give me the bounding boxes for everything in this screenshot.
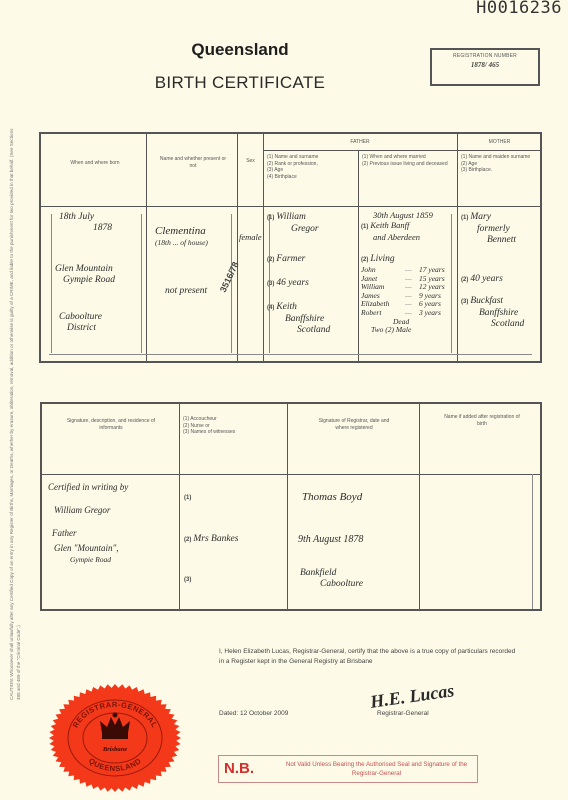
certification-text: I, Helen Elizabeth Lucas, Registrar-Gene… [219,647,519,667]
father-age: (3)46 years [267,278,309,290]
birth-details-table: When and where born Name and whether pre… [39,132,542,363]
father-name: (1)William Gregor [267,212,319,235]
birth-place: Glen MountainGympie Road [55,264,115,286]
father-birthplace: (4)Keith Banffshire Scotland [267,302,330,336]
witness-2: (2)Mrs Bankes [184,534,238,546]
validity-notice: N.B. Not Valid Unless Bearing the Author… [218,755,478,783]
header-witnesses: (1) Accoucheur(2) Nurse or(3) Names of w… [183,416,283,436]
informant-details: Certified in writing by William Gregor F… [48,482,128,565]
registration-date: 9th August 1878 [298,534,363,545]
witness-3: (3) [184,574,193,586]
child-present: not present [165,286,207,297]
previous-issue: (2)Living John—17 yearsJanet—15 yearsWil… [361,254,451,335]
notice-label: N.B. [224,760,254,777]
notice-text: Not Valid Unless Bearing the Authorised … [279,760,474,778]
header-informant: Signature, description, and residence of… [64,418,158,431]
registration-number: 1878/ 465 [432,61,538,69]
header-when-where: When and where born [51,160,139,167]
seal-middle-text: Brisbane [102,746,127,753]
registration-number-label: REGISTRATION NUMBER [432,53,538,59]
header-registrar: Signature of Registrar, date and where r… [314,418,394,431]
marriage-details: 30th August 1859 (1)Keith Banff and Aber… [361,210,433,242]
mother-birthplace: (3)Buckfast Banffshire Scotland [461,296,524,330]
mother-name: (1)Mary formerly Bennett [461,212,516,246]
witness-1: (1) [184,492,193,504]
header-name: Name and whether present or not [159,156,227,169]
father-rank: (2)Farmer [267,254,305,266]
header-mother-details: (1) Name and maiden surname(2) Age(3) Bi… [461,154,541,174]
registration-number-box: REGISTRATION NUMBER 1878/ 465 [430,48,540,86]
child-name: Clementina(18th ... of house) [155,226,208,248]
header-father-details: (1) Name and surname(2) Rank or professi… [267,154,355,180]
header-name-added: Name if added after registration of birt… [440,414,524,427]
mother-age: (2)40 years [461,274,503,286]
child-sex: female [239,232,262,243]
birth-date: 18th July1878 [59,212,112,234]
registration-table: Signature, description, and residence of… [40,402,542,611]
registrar-signature: Thomas Boyd [302,492,362,503]
signatory-title: Registrar-General [377,710,429,717]
header-mother: MOTHER [457,139,542,146]
registrar-general-signature: H.E. Lucas [369,680,456,713]
caution-text: CAUTION: Whosoever shall unlawfully alte… [8,120,22,700]
certificate-title: BIRTH CERTIFICATE [0,73,480,93]
state-heading: Queensland [0,40,480,60]
certification-date: Dated: 12 October 2009 [219,710,288,717]
header-marriage-details: (1) When and where married(2) Previous i… [362,154,452,167]
registrar-seal: REGISTRAR-GENERAL QUEENSLAND Brisbane [47,683,183,793]
header-father: FATHER [263,139,457,146]
document-id: H0016236 [476,0,562,18]
birth-district: CabooltureDistrict [59,312,102,334]
registration-place: Bankfield Caboolture [300,568,363,590]
header-sex: Sex [238,158,263,165]
